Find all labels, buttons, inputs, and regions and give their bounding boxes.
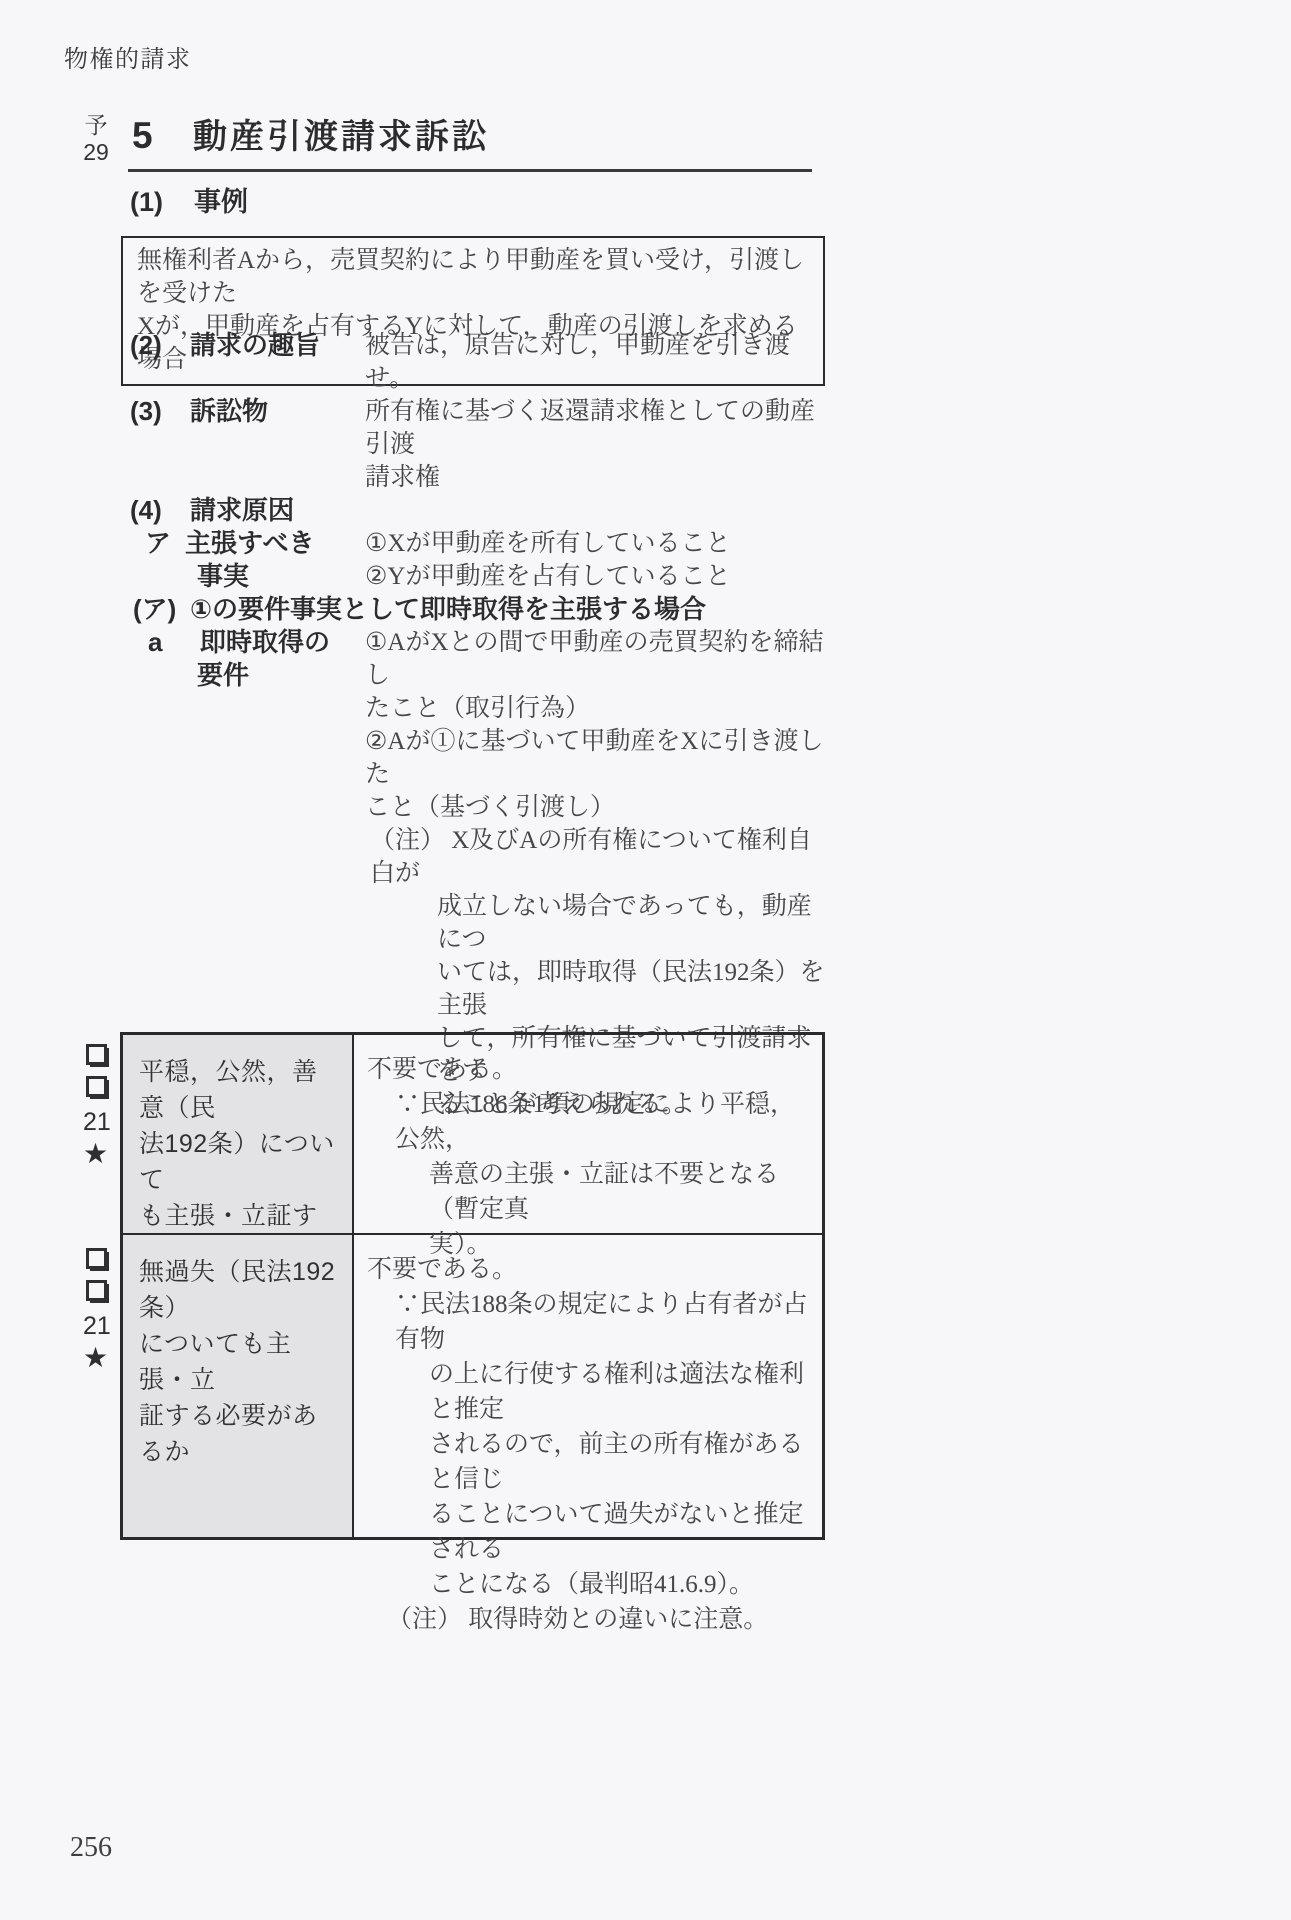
answer-reason-line: の上に行使する権利は適法な権利と推定 bbox=[367, 1357, 814, 1427]
content-line: たこと（取引行為） bbox=[365, 692, 835, 725]
note-line: （注） X及びAの所有権について権利自白が bbox=[365, 824, 835, 890]
question-line: 法192条）について bbox=[139, 1126, 342, 1198]
row-content: 所有権に基づく返還請求権としての動産引渡 請求権 bbox=[365, 395, 835, 494]
question-line: 平穏，公然，善意（民 bbox=[139, 1054, 342, 1126]
section-case-heading: (1)事例 bbox=[130, 186, 248, 218]
content-line: ②Yが甲動産を占有していること bbox=[365, 560, 835, 593]
answer-reason-line: されるので，前主の所有権があると信じ bbox=[367, 1427, 814, 1497]
running-header: 物権的請求 bbox=[64, 46, 192, 74]
outline-row-facts: ア主張すべき 事実 ①Xが甲動産を所有していること ②Yが甲動産を占有しているこ… bbox=[130, 527, 835, 593]
row-number: a bbox=[148, 626, 200, 659]
question-line: についても主張・立 bbox=[139, 1326, 342, 1398]
row-number: (ア) bbox=[133, 593, 190, 626]
checkbox-icon bbox=[86, 1280, 107, 1301]
row-label-text: 訴訟物 bbox=[190, 396, 268, 426]
note-line: 成立しない場合であっても，動産につ bbox=[365, 890, 835, 956]
exam-tag: 予 bbox=[76, 112, 116, 139]
row-label: ア主張すべき 事実 bbox=[130, 527, 365, 593]
outline-subheading-instant-acquisition: (ア)①の要件事実として即時取得を主張する場合 bbox=[130, 593, 835, 626]
answer-note: （注） 取得時効との違いに注意。 bbox=[367, 1602, 814, 1637]
row-label: (2)請求の趣旨 bbox=[130, 329, 365, 362]
answer-reason-line: ることについて過失がないと推定される bbox=[367, 1497, 814, 1567]
chapter-underline bbox=[128, 169, 812, 172]
row-content: ①Xが甲動産を所有していること ②Yが甲動産を占有していること bbox=[365, 527, 835, 593]
question-line: 無過失（民法192条） bbox=[139, 1254, 342, 1326]
answer-reason-line: 善意の主張・立証は不要となる（暫定真 bbox=[367, 1157, 814, 1227]
checkbox-icon bbox=[86, 1044, 107, 1065]
table-row: 無過失（民法192条） についても主張・立 証する必要があるか 不要である。 ∵… bbox=[123, 1235, 822, 1537]
row-number: (2) bbox=[130, 329, 190, 362]
book-page: 物権的請求 予 29 5 動産引渡請求訴訟 (1)事例 無権利者Aから，売買契約… bbox=[0, 0, 1291, 1920]
checkbox-icon bbox=[86, 1076, 107, 1097]
content-line: 請求権 bbox=[365, 461, 835, 494]
row-label: (3)訴訟物 bbox=[130, 395, 365, 428]
exam-year-marker: 予 29 bbox=[76, 112, 116, 166]
outline-row-cause: (4)請求原因 bbox=[130, 494, 835, 527]
question-cell: 平穏，公然，善意（民 法192条）について も主張・立証する必 要があるか bbox=[123, 1035, 354, 1233]
answer-cell: 不要である。 ∵民法186条1項の規定により平穏，公然， 善意の主張・立証は不要… bbox=[354, 1035, 822, 1233]
content-line: 被告は，原告に対し，甲動産を引き渡せ。 bbox=[365, 329, 835, 395]
row-label: a即時取得の 要件 bbox=[130, 626, 365, 692]
chapter-title: 動産引渡請求訴訟 bbox=[193, 118, 489, 156]
row-content: 被告は，原告に対し，甲動産を引き渡せ。 bbox=[365, 329, 835, 395]
row-label-text-line2: 要件 bbox=[130, 659, 365, 692]
content-line: 所有権に基づく返還請求権としての動産引渡 bbox=[365, 395, 835, 461]
row-label-text-line2: 事実 bbox=[130, 560, 365, 593]
answer-reason-line: ことになる（最判昭41.6.9）。 bbox=[367, 1567, 814, 1602]
content-line: ①AがXとの間で甲動産の売買契約を締結し bbox=[365, 626, 835, 692]
answer-cell: 不要である。 ∵民法188条の規定により占有者が占有物 の上に行使する権利は適法… bbox=[354, 1235, 822, 1537]
question-line: 証する必要があるか bbox=[139, 1398, 342, 1470]
row-label-text: 請求の趣旨 bbox=[190, 330, 320, 360]
subheading-text: ①の要件事実として即時取得を主張する場合 bbox=[190, 594, 706, 624]
section-label: 事例 bbox=[194, 187, 248, 217]
exam-year: 29 bbox=[76, 139, 116, 166]
outline-row-subject: (3)訴訟物 所有権に基づく返還請求権としての動産引渡 請求権 bbox=[130, 395, 835, 494]
content-line: こと（基づく引渡し） bbox=[365, 791, 835, 824]
row-number: ア bbox=[145, 527, 185, 560]
row-number: (3) bbox=[130, 395, 190, 428]
section-number: (1) bbox=[130, 186, 194, 218]
qa-table: 平穏，公然，善意（民 法192条）について も主張・立証する必 要があるか 不要… bbox=[120, 1032, 825, 1540]
note-line: いては，即時取得（民法192条）を主張 bbox=[365, 956, 835, 1022]
answer-reason-line: ∵民法188条の規定により占有者が占有物 bbox=[367, 1287, 814, 1357]
question-cell: 無過失（民法192条） についても主張・立 証する必要があるか bbox=[123, 1235, 354, 1537]
answer-intro: 不要である。 bbox=[367, 1252, 814, 1287]
case-box-line: 無権利者Aから，売買契約により甲動産を買い受け，引渡しを受けた bbox=[137, 244, 809, 310]
outline-body: (2)請求の趣旨 被告は，原告に対し，甲動産を引き渡せ。 (3)訴訟物 所有権に… bbox=[130, 329, 835, 1121]
row-label-text: 請求原因 bbox=[190, 495, 294, 525]
outline-row-claim-purpose: (2)請求の趣旨 被告は，原告に対し，甲動産を引き渡せ。 bbox=[130, 329, 835, 395]
table-row: 平穏，公然，善意（民 法192条）について も主張・立証する必 要があるか 不要… bbox=[123, 1035, 822, 1235]
content-line: ①Xが甲動産を所有していること bbox=[365, 527, 835, 560]
answer-intro: 不要である。 bbox=[367, 1052, 814, 1087]
row-label-text: 即時取得の bbox=[200, 627, 330, 657]
chapter-number: 5 bbox=[132, 116, 153, 156]
row-number: (4) bbox=[130, 494, 190, 527]
checkbox-icon bbox=[86, 1248, 107, 1269]
row-label: (4)請求原因 bbox=[130, 494, 365, 527]
content-line: ②Aが①に基づいて甲動産をXに引き渡した bbox=[365, 725, 835, 791]
page-number: 256 bbox=[70, 1832, 112, 1864]
answer-reason-line: ∵民法186条1項の規定により平穏，公然， bbox=[367, 1087, 814, 1157]
row-label-text: 主張すべき bbox=[185, 528, 314, 558]
